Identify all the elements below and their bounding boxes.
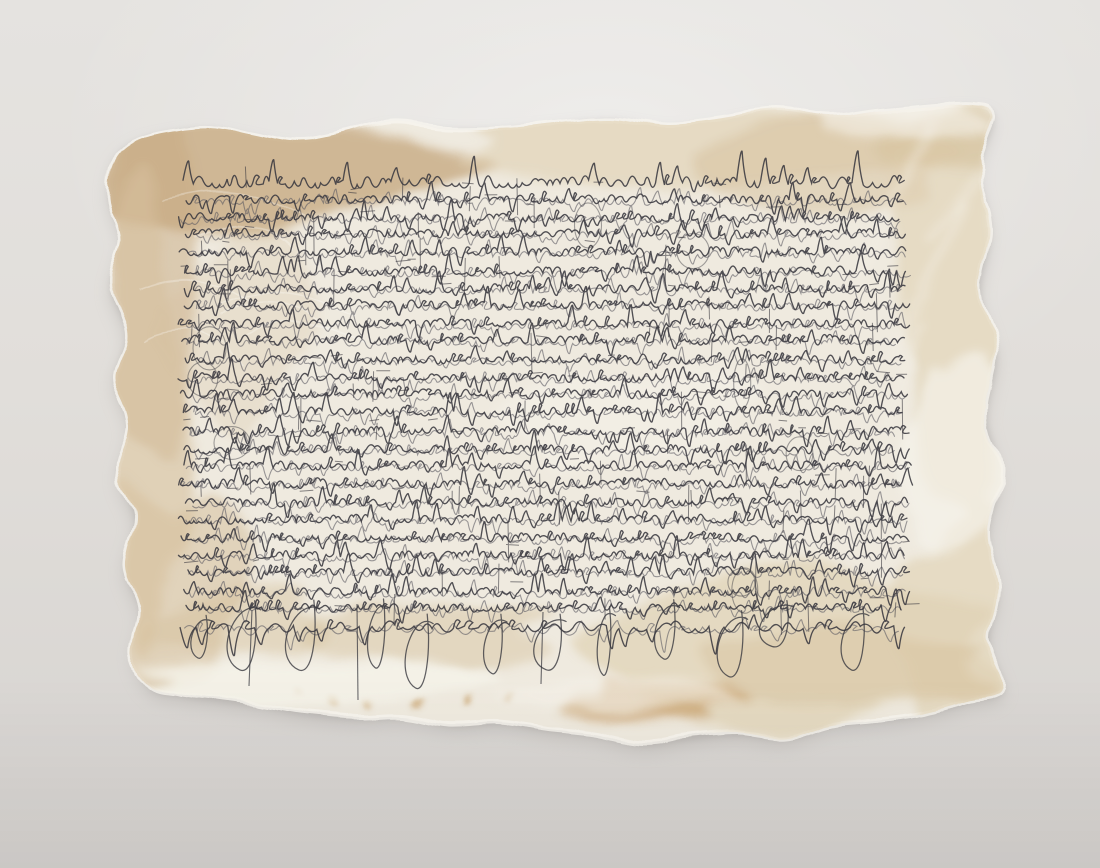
photo-surface [0, 0, 1100, 868]
artwork-photo [0, 0, 1100, 868]
stain-drip [413, 698, 423, 708]
stain-drip [464, 696, 472, 704]
